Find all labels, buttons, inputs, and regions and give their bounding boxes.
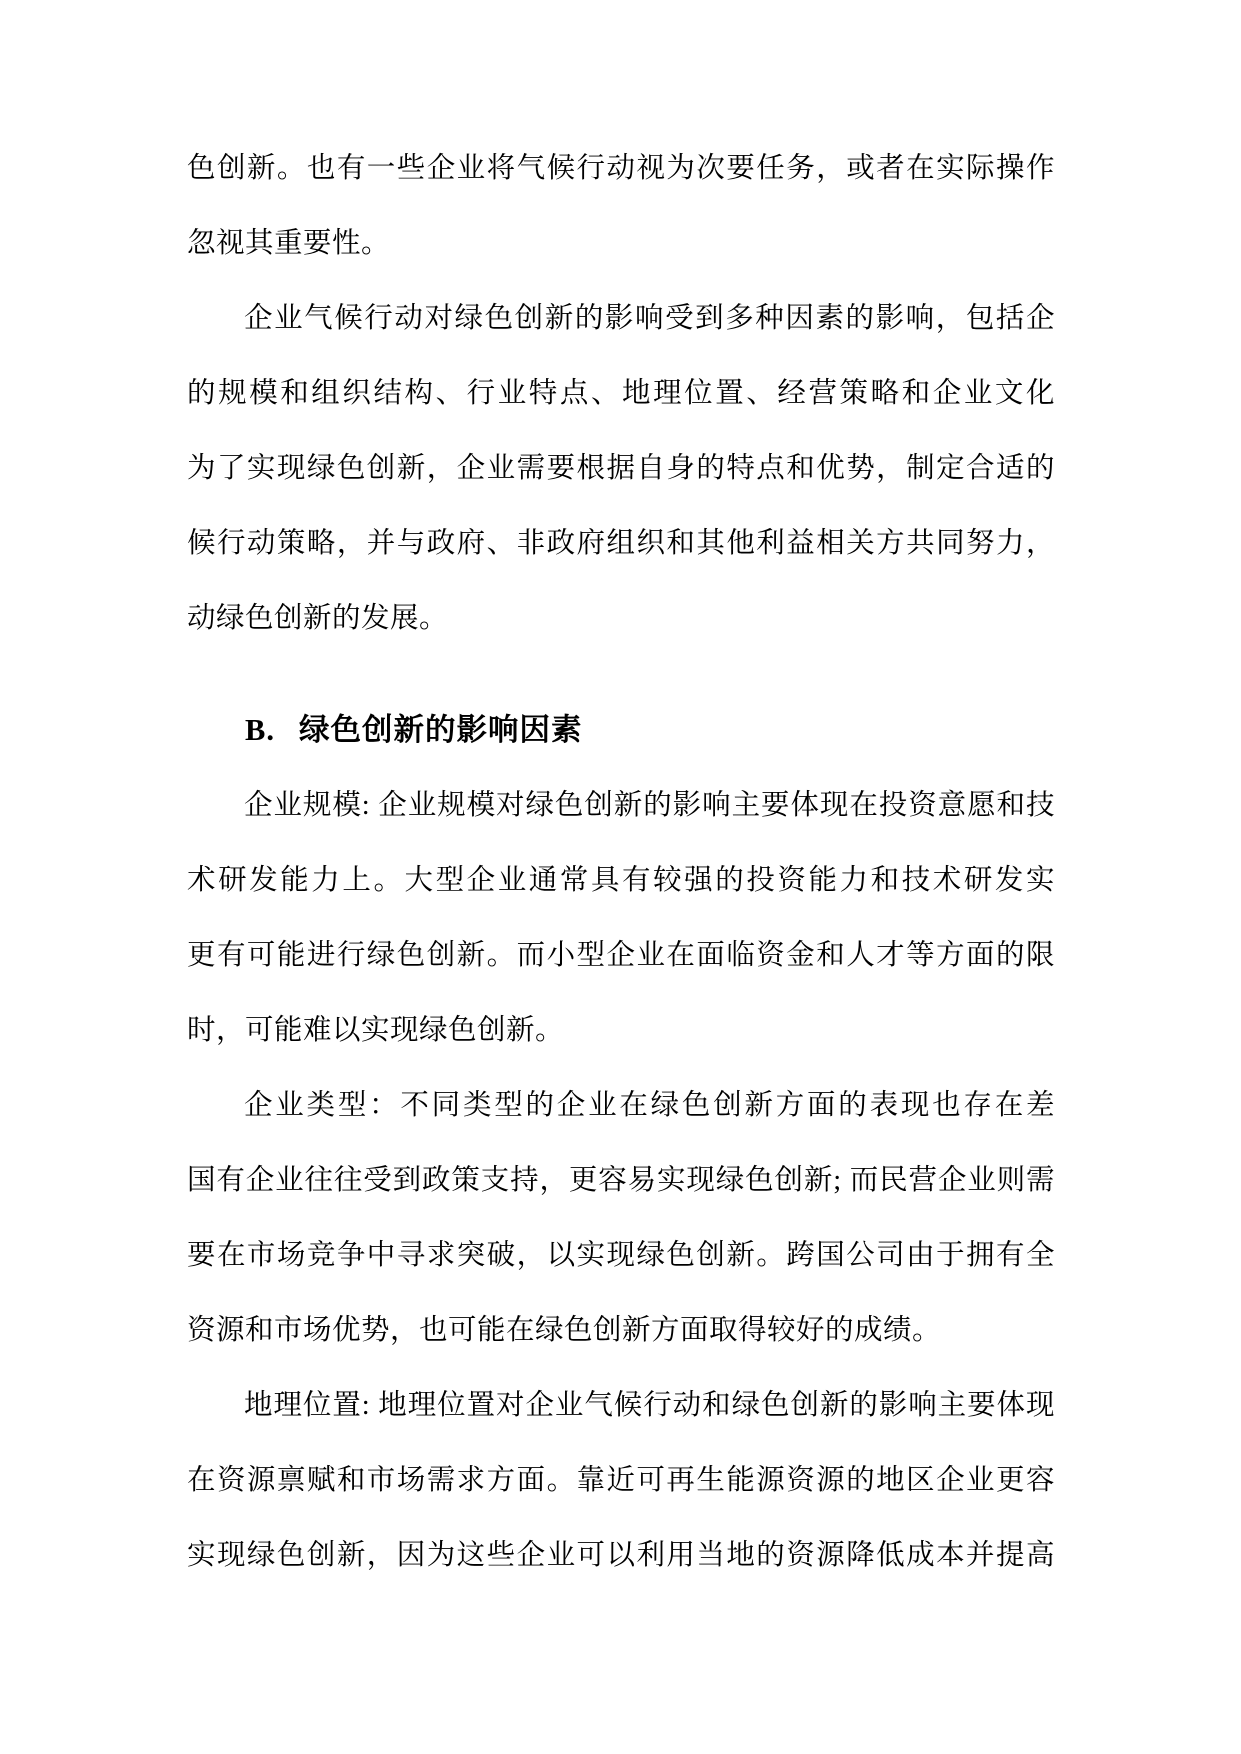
paragraph-firm-size: 企业规模: 企业规模对绿色创新的影响主要体现在投资意愿和技 术研发能力上。大型企… xyxy=(187,768,1055,1068)
paragraph-geography: 地理位置: 地理位置对企业气候行动和绿色创新的影响主要体现 在资源禀赋和市场需求… xyxy=(187,1368,1055,1593)
section-heading: B.绿色创新的影响因素 xyxy=(187,693,1055,768)
document-page: 色创新。也有一些企业将气候行动视为次要任务，或者在实际操作中 忽视其重要性。 企… xyxy=(0,0,1241,1754)
paragraph-climate-action-factors: 企业气候行动对绿色创新的影响受到多种因素的影响，包括企业 的规模和组织结构、行业… xyxy=(187,281,1055,656)
section-heading-number: B. xyxy=(245,713,275,747)
text-line: 实现绿色创新，因为这些企业可以利用当地的资源降低成本并提高竞 xyxy=(187,1518,1055,1593)
text-line: 国有企业往往受到政策支持，更容易实现绿色创新; 而民营企业则需 xyxy=(187,1143,1055,1218)
text-line: 企业类型：不同类型的企业在绿色创新方面的表现也存在差异。 xyxy=(187,1068,1055,1143)
text-line: 企业规模: 企业规模对绿色创新的影响主要体现在投资意愿和技 xyxy=(187,768,1055,843)
text-line: 企业气候行动对绿色创新的影响受到多种因素的影响，包括企业 xyxy=(187,281,1055,356)
text-line: 在资源禀赋和市场需求方面。靠近可再生能源资源的地区企业更容易 xyxy=(187,1443,1055,1518)
text-line: 更有可能进行绿色创新。而小型企业在面临资金和人才等方面的限制 xyxy=(187,918,1055,993)
paragraph-firm-type: 企业类型：不同类型的企业在绿色创新方面的表现也存在差异。 国有企业往往受到政策支… xyxy=(187,1068,1055,1368)
section-heading-title: 绿色创新的影响因素 xyxy=(299,713,583,747)
text-line: 为了实现绿色创新，企业需要根据自身的特点和优势，制定合适的气 xyxy=(187,431,1055,506)
text-line: 色创新。也有一些企业将气候行动视为次要任务，或者在实际操作中 xyxy=(187,131,1055,206)
text-line: 的规模和组织结构、行业特点、地理位置、经营策略和企业文化等。 xyxy=(187,356,1055,431)
text-line: 忽视其重要性。 xyxy=(187,206,1055,281)
text-line: 动绿色创新的发展。 xyxy=(187,581,1055,656)
text-line: 资源和市场优势，也可能在绿色创新方面取得较好的成绩。 xyxy=(187,1293,1055,1368)
document-content: 色创新。也有一些企业将气候行动视为次要任务，或者在实际操作中 忽视其重要性。 企… xyxy=(187,131,1055,1593)
text-line: 候行动策略，并与政府、非政府组织和其他利益相关方共同努力，推 xyxy=(187,506,1055,581)
text-line: 时，可能难以实现绿色创新。 xyxy=(187,993,1055,1068)
paragraph-continuation: 色创新。也有一些企业将气候行动视为次要任务，或者在实际操作中 忽视其重要性。 xyxy=(187,131,1055,281)
text-line: 要在市场竞争中寻求突破，以实现绿色创新。跨国公司由于拥有全球 xyxy=(187,1218,1055,1293)
text-line: 术研发能力上。大型企业通常具有较强的投资能力和技术研发实力， xyxy=(187,843,1055,918)
text-line: 地理位置: 地理位置对企业气候行动和绿色创新的影响主要体现 xyxy=(187,1368,1055,1443)
